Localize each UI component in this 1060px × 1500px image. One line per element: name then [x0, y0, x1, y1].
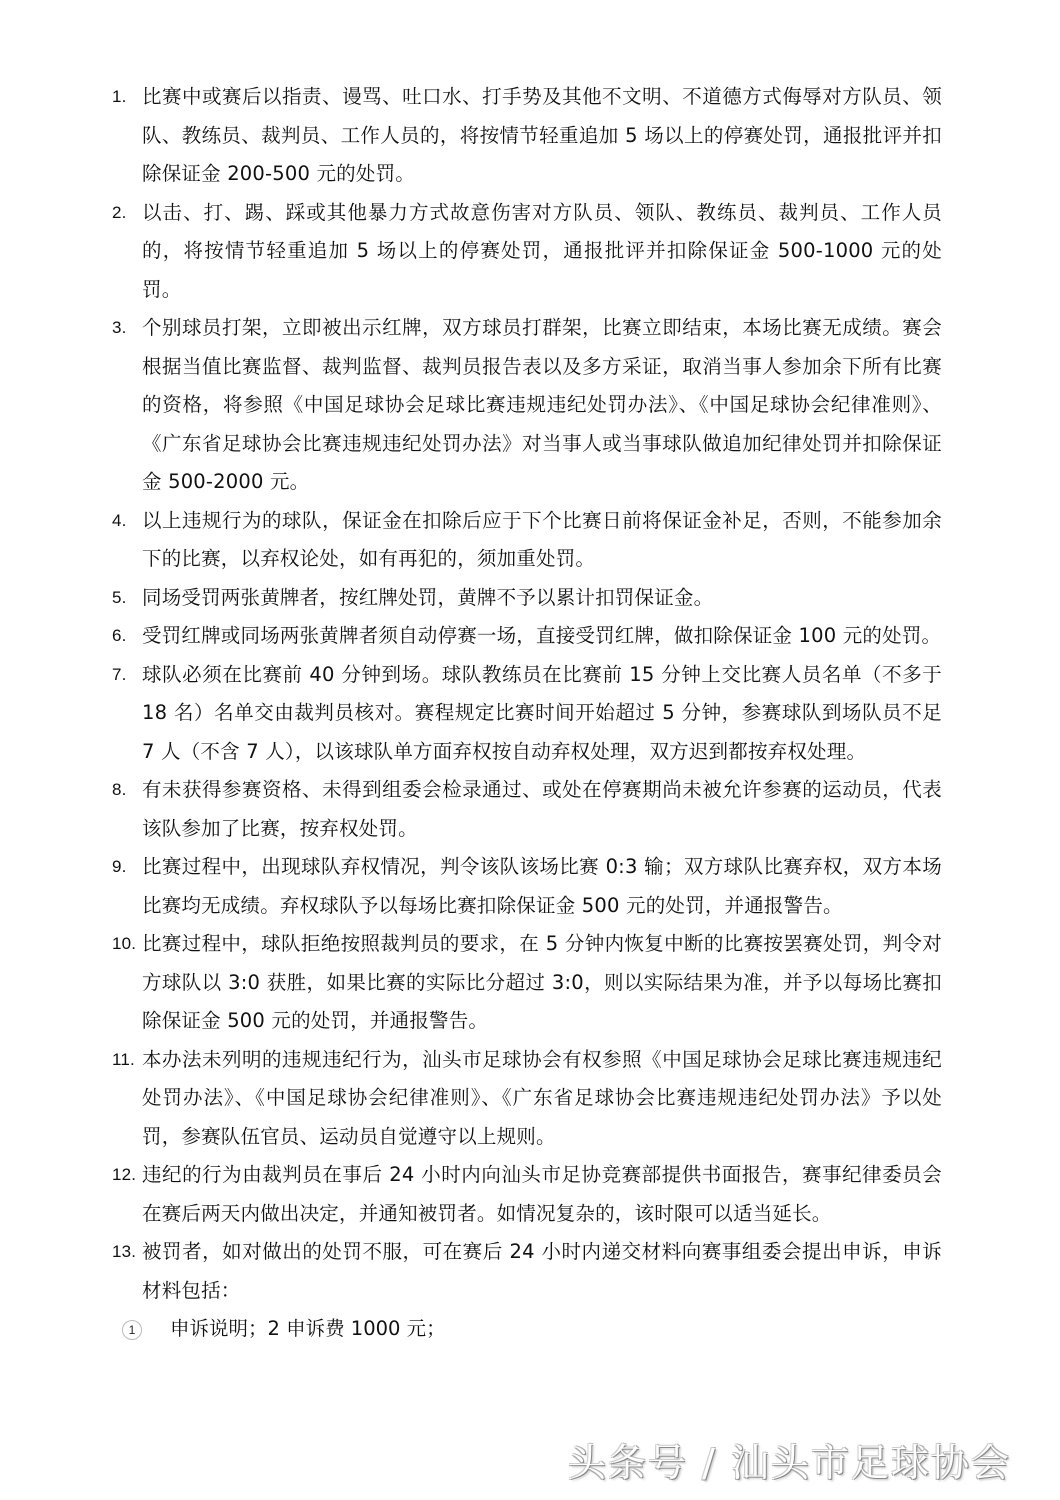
rule-text: 比赛过程中，球队拒绝按照裁判员的要求，在 5 分钟内恢复中断的比赛按罢赛处罚，判… [142, 925, 942, 1041]
rule-text: 有未获得参赛资格、未得到组委会检录通过、或处在停赛期尚未被允许参赛的运动员，代表… [142, 771, 942, 848]
rule-item-5: 5. 同场受罚两张黄牌者，按红牌处罚，黄牌不予以累计扣罚保证金。 [112, 579, 942, 618]
rule-text: 同场受罚两张黄牌者，按红牌处罚，黄牌不予以累计扣罚保证金。 [142, 579, 942, 618]
document-page: 1. 比赛中或赛后以指责、谩骂、吐口水、打手势及其他不文明、不道德方式侮辱对方队… [0, 0, 1060, 1500]
rule-text: 比赛中或赛后以指责、谩骂、吐口水、打手势及其他不文明、不道德方式侮辱对方队员、领… [142, 78, 942, 194]
rule-number: 6. [112, 617, 142, 656]
rule-item-7: 7. 球队必须在比赛前 40 分钟到场。球队教练员在比赛前 15 分钟上交比赛人… [112, 656, 942, 772]
rule-number: 3. [112, 309, 142, 348]
rules-list: 1. 比赛中或赛后以指责、谩骂、吐口水、打手势及其他不文明、不道德方式侮辱对方队… [112, 78, 942, 1349]
rule-text: 个别球员打架，立即被出示红牌，双方球员打群架，比赛立即结束，本场比赛无成绩。赛会… [142, 309, 942, 502]
rule-text: 以击、打、踢、踩或其他暴力方式故意伤害对方队员、领队、教练员、裁判员、工作人员的… [142, 194, 942, 310]
rule-number: 10. [112, 925, 142, 964]
rule-item-8: 8. 有未获得参赛资格、未得到组委会检录通过、或处在停赛期尚未被允许参赛的运动员… [112, 771, 942, 848]
rule-item-1: 1. 比赛中或赛后以指责、谩骂、吐口水、打手势及其他不文明、不道德方式侮辱对方队… [112, 78, 942, 194]
rule-item-3: 3. 个别球员打架，立即被出示红牌，双方球员打群架，比赛立即结束，本场比赛无成绩… [112, 309, 942, 502]
rule-item-4: 4. 以上违规行为的球队，保证金在扣除后应于下个比赛日前将保证金补足，否则，不能… [112, 502, 942, 579]
rule-text: 被罚者，如对做出的处罚不服，可在赛后 24 小时内递交材料向赛事组委会提出申诉，… [142, 1233, 942, 1310]
rule-item-11: 11. 本办法未列明的违规违纪行为，汕头市足球协会有权参照《中国足球协会足球比赛… [112, 1041, 942, 1157]
rule-item-9: 9. 比赛过程中，出现球队弃权情况，判令该队该场比赛 0:3 输；双方球队比赛弃… [112, 848, 942, 925]
rule-item-13: 13. 被罚者，如对做出的处罚不服，可在赛后 24 小时内递交材料向赛事组委会提… [112, 1233, 942, 1310]
rule-number: 13. [112, 1233, 142, 1272]
rule-item-12: 12. 违纪的行为由裁判员在事后 24 小时内向汕头市足协竞赛部提供书面报告，赛… [112, 1156, 942, 1233]
rule-text: 球队必须在比赛前 40 分钟到场。球队教练员在比赛前 15 分钟上交比赛人员名单… [142, 656, 942, 772]
rule-number: 9. [112, 848, 142, 887]
rule-item-2: 2. 以击、打、踢、踩或其他暴力方式故意伤害对方队员、领队、教练员、裁判员、工作… [112, 194, 942, 310]
rule-number: 2. [112, 194, 142, 233]
rule-text: 以上违规行为的球队，保证金在扣除后应于下个比赛日前将保证金补足，否则，不能参加余… [142, 502, 942, 579]
rule-item-10: 10. 比赛过程中，球队拒绝按照裁判员的要求，在 5 分钟内恢复中断的比赛按罢赛… [112, 925, 942, 1041]
rule-text: 违纪的行为由裁判员在事后 24 小时内向汕头市足协竞赛部提供书面报告，赛事纪律委… [142, 1156, 942, 1233]
sub-item-1: 1 申诉说明；2 申诉费 1000 元； [120, 1310, 942, 1349]
rule-text: 比赛过程中，出现球队弃权情况，判令该队该场比赛 0:3 输；双方球队比赛弃权，双… [142, 848, 942, 925]
rule-number: 1. [112, 78, 142, 117]
circled-number-icon: 1 [122, 1320, 142, 1340]
watermark: 头条号 / 汕头市足球协会 [568, 1432, 1011, 1487]
rule-number: 8. [112, 771, 142, 810]
rule-number: 4. [112, 502, 142, 541]
rule-number: 11. [112, 1041, 142, 1080]
sub-item-text: 申诉说明；2 申诉费 1000 元； [170, 1310, 942, 1349]
rule-text: 本办法未列明的违规违纪行为，汕头市足球协会有权参照《中国足球协会足球比赛违规违纪… [142, 1041, 942, 1157]
rule-number: 5. [112, 579, 142, 618]
rule-number: 7. [112, 656, 142, 695]
rule-item-6: 6. 受罚红牌或同场两张黄牌者须自动停赛一场，直接受罚红牌，做扣除保证金 100… [112, 617, 942, 656]
rule-text: 受罚红牌或同场两张黄牌者须自动停赛一场，直接受罚红牌，做扣除保证金 100 元的… [142, 617, 942, 656]
rule-number: 12. [112, 1156, 142, 1195]
